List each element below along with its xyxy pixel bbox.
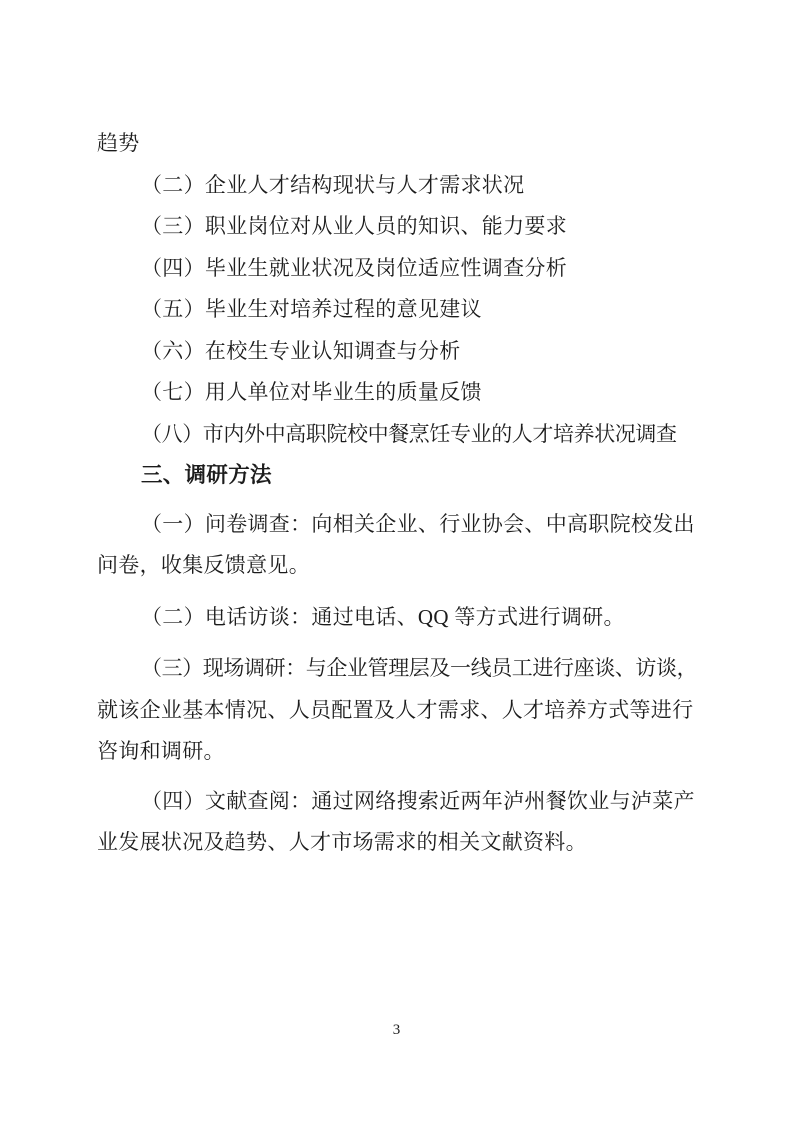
outline-item: （六）在校生专业认知调查与分析 xyxy=(97,331,703,373)
paragraph-line: （三）现场调研：与企业管理层及一线员工进行座谈、访谈， xyxy=(97,648,703,690)
paragraph: （三）现场调研：与企业管理层及一线员工进行座谈、访谈， 就该企业基本情况、人员配… xyxy=(97,648,703,773)
outline-item: （三）职业岗位对从业人员的知识、能力要求 xyxy=(97,206,703,248)
outline-item: （七）用人单位对毕业生的质量反馈 xyxy=(97,372,703,414)
paragraph-line: （四）文献查阅：通过网络搜索近两年泸州餐饮业与泸菜产 xyxy=(97,781,703,823)
paragraph-line: 就该企业基本情况、人员配置及人才需求、人才培养方式等进行 xyxy=(97,690,703,732)
paragraph: （四）文献查阅：通过网络搜索近两年泸州餐饮业与泸菜产 业发展状况及趋势、人才市场… xyxy=(97,781,703,864)
paragraph-line: （一）问卷调查：向相关企业、行业协会、中高职院校发出 xyxy=(97,504,703,546)
section-heading: 三、调研方法 xyxy=(97,455,703,497)
outline-item: （八）市内外中高职院校中餐烹饪专业的人才培养状况调查 xyxy=(97,414,703,456)
document-body: 趋势 （二）企业人才结构现状与人才需求状况 （三）职业岗位对从业人员的知识、能力… xyxy=(97,123,703,864)
page-number: 3 xyxy=(0,1020,793,1040)
paragraph: （二）电话访谈：通过电话、QQ 等方式进行调研。 xyxy=(97,597,703,639)
continuation-line: 趋势 xyxy=(97,123,703,165)
document-page: 趋势 （二）企业人才结构现状与人才需求状况 （三）职业岗位对从业人员的知识、能力… xyxy=(0,0,793,1122)
outline-item: （二）企业人才结构现状与人才需求状况 xyxy=(97,165,703,207)
outline-item: （四）毕业生就业状况及岗位适应性调查分析 xyxy=(97,248,703,290)
paragraph-line: 咨询和调研。 xyxy=(97,731,703,773)
outline-item: （五）毕业生对培养过程的意见建议 xyxy=(97,289,703,331)
paragraph-line: 问卷，收集反馈意见。 xyxy=(97,545,703,587)
paragraph-line: 业发展状况及趋势、人才市场需求的相关文献资料。 xyxy=(97,822,703,864)
paragraph-line: （二）电话访谈：通过电话、QQ 等方式进行调研。 xyxy=(97,597,703,639)
paragraph: （一）问卷调查：向相关企业、行业协会、中高职院校发出 问卷，收集反馈意见。 xyxy=(97,504,703,587)
